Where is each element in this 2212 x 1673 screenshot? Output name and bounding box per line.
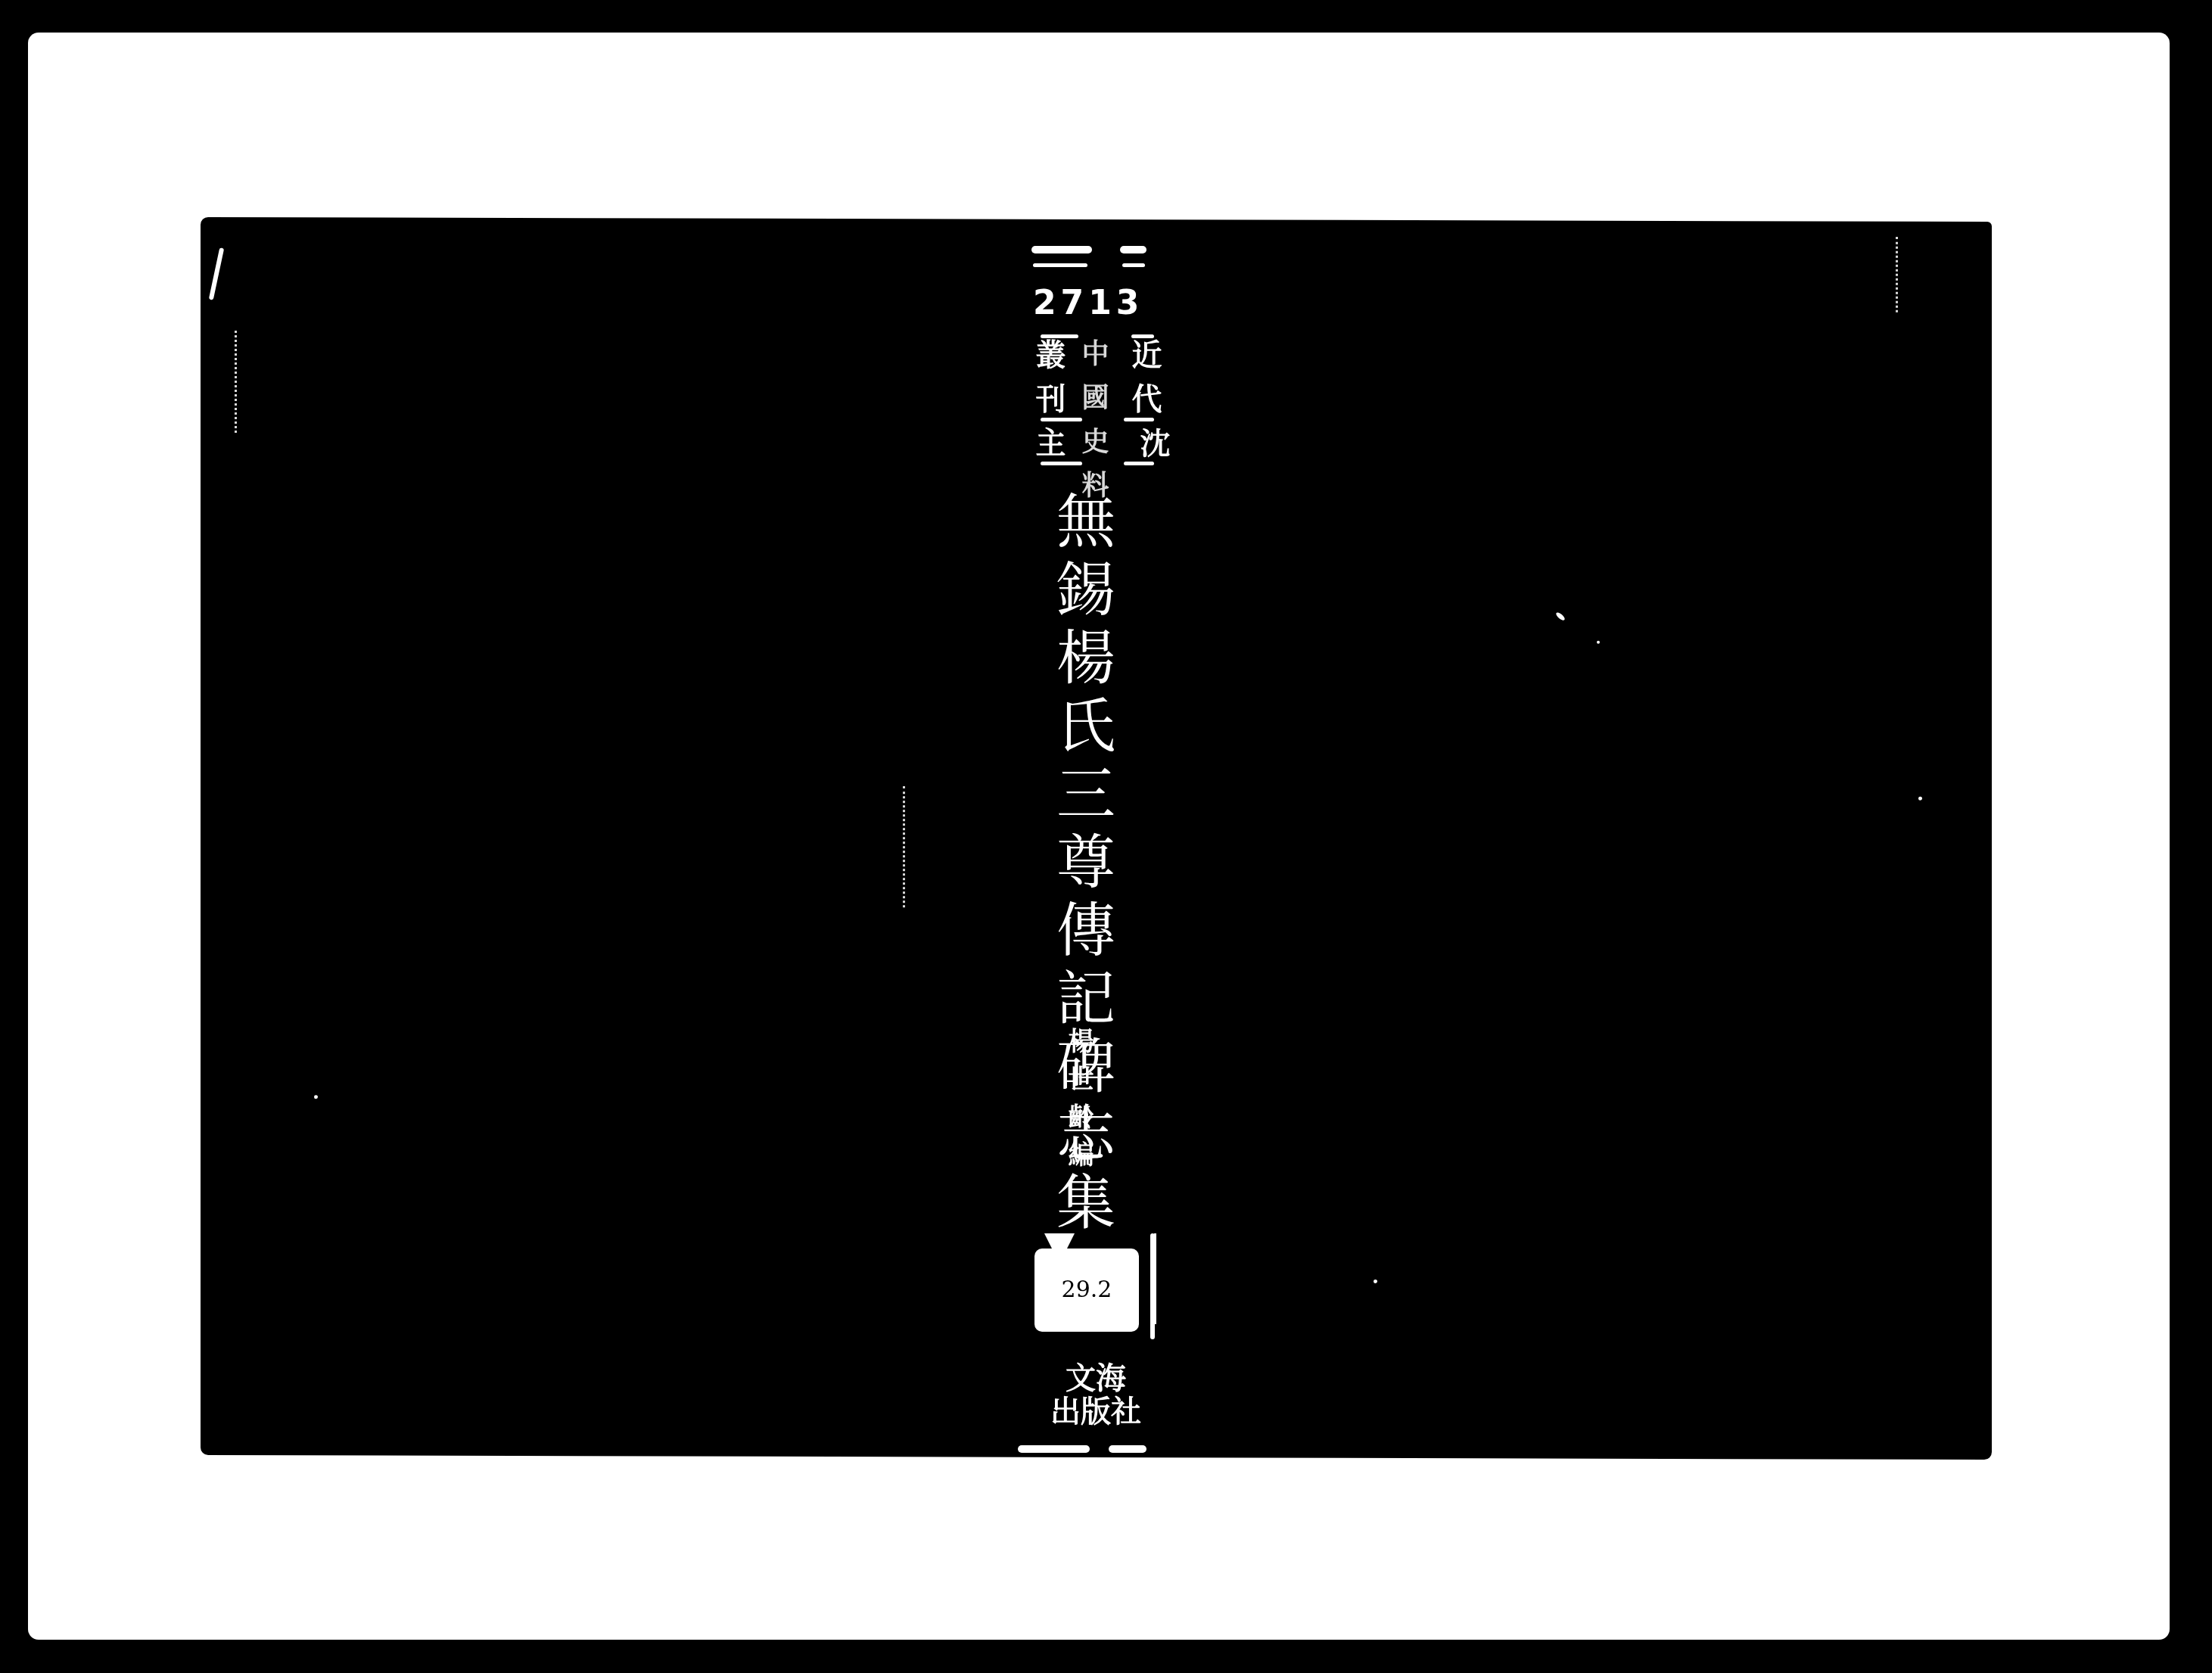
publisher-name: 文海 出版社 <box>1024 1362 1168 1429</box>
dust-speck <box>1918 797 1922 801</box>
publisher-line-1: 文海 <box>1024 1362 1168 1395</box>
dust-speck <box>1374 1280 1377 1283</box>
cover-crease-left <box>235 331 239 433</box>
series-title-mid: 中國史料 <box>1078 339 1109 515</box>
series-editor: 沈 <box>1131 428 1174 458</box>
spine-rule <box>1109 1445 1146 1453</box>
dust-speck <box>314 1095 318 1099</box>
page-edge-highlight <box>209 247 224 300</box>
spine-rule <box>1033 263 1087 267</box>
publisher-line-2: 出版社 <box>1024 1395 1168 1429</box>
spine-rule <box>1031 246 1092 253</box>
spine-rule <box>1109 1462 1146 1472</box>
label-stripe <box>1150 1233 1155 1339</box>
spine-rule <box>1122 263 1145 267</box>
volume-number: 2713 <box>1033 284 1143 322</box>
spine-rule <box>1041 418 1082 421</box>
dust-speck <box>1555 611 1566 622</box>
spine-rule <box>1018 1462 1090 1472</box>
spine-rule <box>1041 334 1078 338</box>
dust-speck <box>1597 641 1600 644</box>
spine-rule <box>1124 462 1154 465</box>
spine-rule <box>1131 334 1154 338</box>
book-spine: 2713 叢刊主 中國史料 近代 沈 無錫楊氏三尊傳記碑志集 楊世齡編 29.2… <box>1018 204 1169 1468</box>
spine-rule <box>1018 1445 1090 1453</box>
spine-rule <box>1124 418 1154 421</box>
spine-rule <box>1041 462 1082 465</box>
series-title-left: 叢刊主 <box>1031 339 1065 471</box>
series-title-right: 近代 <box>1128 339 1161 427</box>
cover-crease-mid <box>903 786 907 907</box>
spine-rule <box>1120 246 1146 253</box>
cover-crease-right <box>1896 237 1900 313</box>
dust-speck <box>179 1216 184 1221</box>
author-line: 楊世齡編 <box>1065 1028 1092 1179</box>
call-number-label: 29.2 <box>1034 1249 1139 1332</box>
